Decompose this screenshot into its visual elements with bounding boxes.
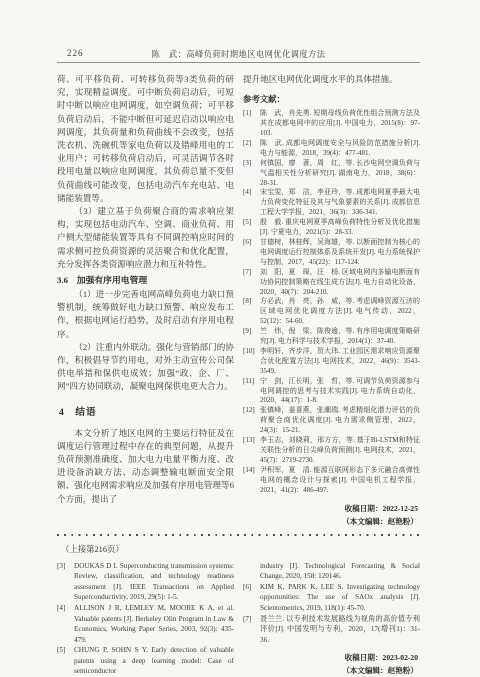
reference-item: [7]聂兰兰. 以专利技术发展路线为视角的高价值专利评价[J]. 中国发明与专利… [243, 614, 420, 646]
reference-item: [3]何镇国，廖 著，周 红，等. 长沙电网空调负荷与气温相关性分析研究[J].… [243, 159, 420, 189]
reference-text: 陈 武，肖先勇. 短期母线负荷优性组合预测方法及其在成都电网中的应用[J]. 中… [260, 109, 420, 137]
reference-item: [2]陈 武. 成都电网调度安全与风险防范措施分析[J]. 电力与能源，2018… [243, 139, 420, 159]
page-number: 226 [67, 48, 84, 58]
reference-number: [4] [57, 603, 65, 614]
reference-number: [8] [243, 297, 251, 307]
continued-right-column: industry [J]. Technological Forecasting … [243, 561, 420, 673]
reference-number: [2] [243, 139, 251, 149]
received-date: 收稿日期：2023-02-20 [243, 652, 418, 663]
reference-text: CHUNG P, SOHN S Y. Early detection of va… [74, 646, 234, 673]
reference-text: 方必武，肖 亮，孙 威，等. 考虑调峰资源互济的区域电网优化调度方法[J]. 电… [260, 297, 420, 325]
left-column: 荷、可平移负荷、可转移负荷等3类负荷的研究，实现精益调度。可中断负荷启动后，可短… [57, 73, 234, 527]
reference-item: [1]陈 武，肖先勇. 短期母线负荷优性组合预测方法及其在成都电网中的应用[J]… [243, 109, 420, 139]
reference-item: [11]宁 剑，江长明，张 哲，等. 可调节负荷资源参与电网调控的思考与技术实践… [243, 377, 420, 407]
reference-number: [10] [243, 347, 255, 357]
editor-note: （本文编辑：赵艳粉） [243, 516, 418, 527]
reference-number: [5] [243, 218, 251, 228]
reference-text: 刘 阳，夏 琛，汪 杨. 区域电网内多输电断面有功协同控制策略在线生成方法[J]… [260, 268, 420, 296]
reference-number: [11] [243, 377, 254, 387]
reference-item: [14]尹积军，夏 清. 能源互联网形态下多元融合高弹性电网的概念设计与探索[J… [243, 466, 420, 496]
reference-number: [9] [243, 327, 251, 337]
reference-text: 尹积军，夏 清. 能源互联网形态下多元融合高弹性电网的概念设计与探索[J]. 中… [260, 466, 420, 494]
section-heading-3-6: 3.6 加强有序用电管理 [57, 273, 234, 286]
reference-text: KIM K, PARK K, LEE S. Investigating tech… [260, 583, 420, 612]
reference-item: [4]ALLISON J R, LEMLEY M, MOORE K A, et … [57, 603, 234, 645]
reference-number: [1] [243, 109, 251, 119]
reference-item: [9]竺 炜，倪 梁，陈俊逾，等. 有序用电调度策略研究[J]. 电力科学与技术… [243, 327, 420, 347]
reference-text: DOUKAS D I. Superconducting transmission… [74, 562, 234, 602]
body-paragraph: 荷、可平移负荷、可转移负荷等3类负荷的研究，实现精益调度。可中断负荷启动后，可短… [57, 73, 234, 205]
reference-item: [10]李明轩，齐步洋，贺大玮. 工业园区需求响应资源聚合优化配置方法[J]. … [243, 347, 420, 377]
continued-left-column: [3]DOUKAS D I. Superconducting transmiss… [57, 561, 234, 673]
reference-number: [6] [243, 582, 251, 593]
reference-text: 宁 剑，江长明，张 哲，等. 可调节负荷资源参与电网调控的思考与技术实践[J].… [260, 377, 420, 405]
right-column: 提升地区电网优化调度水平的具体措施。 参考文献： [1]陈 武，肖先勇. 短期母… [243, 73, 420, 527]
reference-text: 李明轩，齐步洋，贺大玮. 工业园区需求响应资源聚合优化配置方法[J]. 电网技术… [260, 347, 420, 375]
body-paragraph: （2）注重内外联动。强化与营销部门的协作，积极倡导节约用电，对外主动宣传公司保供… [57, 341, 234, 394]
reference-text: 张镇峰，姜喜燕，张潮瑞. 考虑精细化潜力评估的负荷聚合商优化调度[J]. 电力需… [260, 406, 420, 434]
reference-number: [7] [243, 268, 251, 278]
running-title: 陈 武：高峰负荷时期地区电网优化调度方法 [57, 48, 420, 60]
page-header: 226 陈 武：高峰负荷时期地区电网优化调度方法 [57, 48, 420, 63]
reference-item: [3]DOUKAS D I. Superconducting transmiss… [57, 561, 234, 603]
reference-text: 聂兰兰. 以专利技术发展路线为视角的高价值专利评价[J]. 中国发明与专利，20… [260, 615, 420, 644]
reference-text: ALLISON J R, LEMLEY M, MOORE K A, et al.… [74, 604, 234, 644]
reference-item: [12]张镇峰，姜喜燕，张潮瑞. 考虑精细化潜力评估的负荷聚合商优化调度[J].… [243, 406, 420, 436]
journal-page: 226 陈 武：高峰负荷时期地区电网优化调度方法 荷、可平移负荷、可转移负荷等3… [0, 0, 480, 673]
reference-text: 殷 毅. 重庆电网夏季高峰负荷特性分析及优化措施[J]. 宁夏电力，2021(5… [260, 218, 420, 236]
reference-item: [5]殷 毅. 重庆电网夏季高峰负荷特性分析及优化措施[J]. 宁夏电力，202… [243, 218, 420, 238]
reference-number: [4] [243, 188, 251, 198]
reference-text: 李玉志，刘晓莉，邢方方，等. 基于Bi-LSTM和特征关联性分析的日尖峰负荷预测… [260, 436, 420, 464]
continued-from-label: （上接第216页） [61, 543, 420, 555]
reference-text: 陈 武. 成都电网调度安全与风险防范措施分析[J]. 电力与能源，2018，39… [260, 139, 420, 157]
reference-item: [6]甘德树，林桂辉，吴海雄，等. 以断面控制为核心的电网调度运行控制体系及系统… [243, 238, 420, 268]
reference-text: 甘德树，林桂辉，吴海雄，等. 以断面控制为核心的电网调度运行控制体系及系统开发[… [260, 238, 420, 266]
main-columns: 荷、可平移负荷、可转移负荷等3类负荷的研究，实现精益调度。可中断负荷启动后，可短… [57, 73, 420, 527]
reference-number: [3] [243, 159, 251, 169]
reference-number: [6] [243, 238, 251, 248]
reference-item: [4]宋宝雯，郑 洁，李亚玲，等. 成都电网夏季最大电力负荷变化特征及其与气象要… [243, 188, 420, 218]
reference-text: 宋宝雯，郑 洁，李亚玲，等. 成都电网夏季最大电力负荷变化特征及其与气象要素的关… [260, 188, 420, 216]
reference-number: [14] [243, 466, 255, 476]
references-heading: 参考文献： [243, 93, 420, 105]
reference-item: [13]李玉志，刘晓莉，邢方方，等. 基于Bi-LSTM和特征关联性分析的日尖峰… [243, 436, 420, 466]
reference-continuation: industry [J]. Technological Forecasting … [243, 561, 420, 582]
body-paragraph: （1）进一步完善电网高峰负荷电力缺口预警机制，统筹做好电力缺口预警、响应发布工作… [57, 288, 234, 341]
body-paragraph: （3）建立基于负荷聚合商的需求响应架构，实现包括电动汽车、空调、商业负荷、用户侧… [57, 205, 234, 271]
reference-number: [3] [57, 561, 65, 572]
reference-item: [5]CHUNG P, SOHN S Y. Early detection of… [57, 645, 234, 673]
reference-item: [6]KIM K, PARK K, LEE S. Investigating t… [243, 582, 420, 614]
page-content: 226 陈 武：高峰负荷时期地区电网优化调度方法 荷、可平移负荷、可转移负荷等3… [57, 48, 420, 673]
reference-number: [7] [243, 614, 251, 625]
section-heading-4: 4 结语 [59, 404, 234, 418]
reference-number: [5] [57, 645, 65, 656]
editor-note: （本文编辑：赵艳粉） [243, 665, 418, 673]
body-paragraph: 本文分析了地区电网的主要运行特征及在调度运行管理过程中存在的典型问题，从提升负荷… [57, 427, 234, 506]
reference-item: [7]刘 阳，夏 琛，汪 杨. 区域电网内多输电断面有功协同控制策略在线生成方法… [243, 268, 420, 298]
body-paragraph: 提升地区电网优化调度水平的具体措施。 [243, 73, 420, 86]
continued-columns: [3]DOUKAS D I. Superconducting transmiss… [57, 561, 420, 673]
reference-item: [8]方必武，肖 亮，孙 威，等. 考虑调峰资源互济的区域电网优化调度方法[J]… [243, 297, 420, 327]
reference-number: [13] [243, 436, 255, 446]
dotted-separator [57, 534, 420, 536]
received-date: 收稿日期：2022-12-25 [243, 503, 418, 514]
reference-text: 何镇国，廖 著，周 红，等. 长沙电网空调负荷与气温相关性分析研究[J]. 湖南… [260, 159, 420, 187]
reference-text: 竺 炜，倪 梁，陈俊逾，等. 有序用电调度策略研究[J]. 电力科学与技术学报，… [260, 327, 420, 345]
reference-number: [12] [243, 406, 255, 416]
